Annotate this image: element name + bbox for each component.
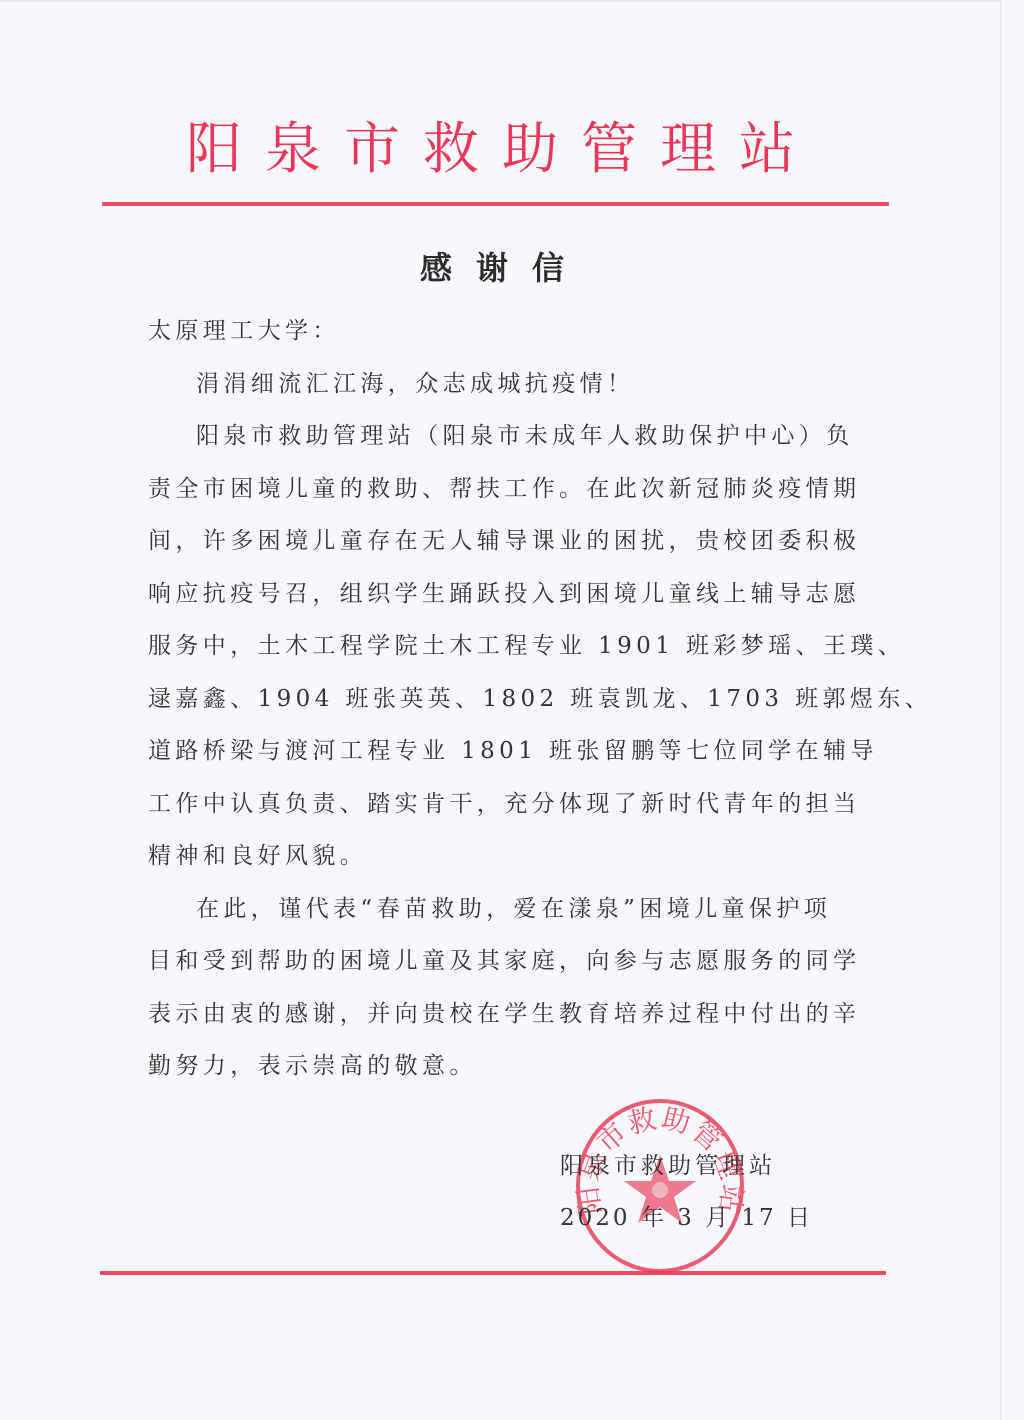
document-title: 感谢信: [420, 248, 620, 288]
paragraph-line: 涓涓细流汇江海，众志成城抗疫情！: [148, 358, 848, 411]
letterhead-rule-top: [102, 202, 889, 206]
paragraph-line: 目和受到帮助的困境儿童及其家庭，向参与志愿服务的同学: [148, 935, 848, 988]
paragraph-line: 道路桥梁与渡河工程专业 1801 班张留鹏等七位同学在辅导: [148, 725, 848, 778]
scan-edge-top: [0, 0, 1000, 2]
signature-date: 2020 年 3 月 17 日: [560, 1192, 800, 1244]
signature-organization: 阳泉市救助管理站: [560, 1140, 800, 1192]
paragraph-line: 精神和良好风貌。: [148, 830, 848, 883]
paragraph-line: 服务中，土木工程学院土木工程专业 1901 班彩梦瑶、王璞、: [148, 620, 848, 673]
paragraph-line: 勤努力，表示崇高的敬意。: [148, 1040, 848, 1093]
paragraph-line: 责全市困境儿童的救助、帮扶工作。在此次新冠肺炎疫情期: [148, 463, 848, 516]
signature-block: 阳泉市救助管理站 2020 年 3 月 17 日: [560, 1140, 800, 1244]
paragraph-2: 阳泉市救助管理站（阳泉市未成年人救助保护中心）负 责全市困境儿童的救助、帮扶工作…: [148, 410, 848, 883]
letterhead-title: 阳泉市救助管理站: [186, 118, 826, 182]
letter-body: 太原理工大学： 涓涓细流汇江海，众志成城抗疫情！ 阳泉市救助管理站（阳泉市未成年…: [148, 305, 848, 1093]
paragraph-3: 在此，谨代表“春苗救助，爱在漾泉”困境儿童保护项 目和受到帮助的困境儿童及其家庭…: [148, 883, 848, 1093]
paragraph-line: 逯嘉鑫、1904 班张英英、1802 班袁凯龙、1703 班郭煜东、: [148, 673, 848, 726]
paragraph-line: 在此，谨代表“春苗救助，爱在漾泉”困境儿童保护项: [148, 883, 848, 936]
salutation: 太原理工大学：: [148, 305, 848, 358]
paragraph-line: 表示由衷的感谢，并向贵校在学生教育培养过程中付出的辛: [148, 988, 848, 1041]
paragraph-1: 涓涓细流汇江海，众志成城抗疫情！: [148, 358, 848, 411]
footer-rule-bottom: [100, 1271, 886, 1275]
paragraph-line: 工作中认真负责、踏实肯干，充分体现了新时代青年的担当: [148, 778, 848, 831]
paragraph-line: 响应抗疫号召，组织学生踊跃投入到困境儿童线上辅导志愿: [148, 568, 848, 621]
paragraph-line: 阳泉市救助管理站（阳泉市未成年人救助保护中心）负: [148, 410, 848, 463]
scan-edge-right: [1000, 0, 1002, 1420]
paragraph-line: 间，许多困境儿童存在无人辅导课业的困扰，贵校团委积极: [148, 515, 848, 568]
